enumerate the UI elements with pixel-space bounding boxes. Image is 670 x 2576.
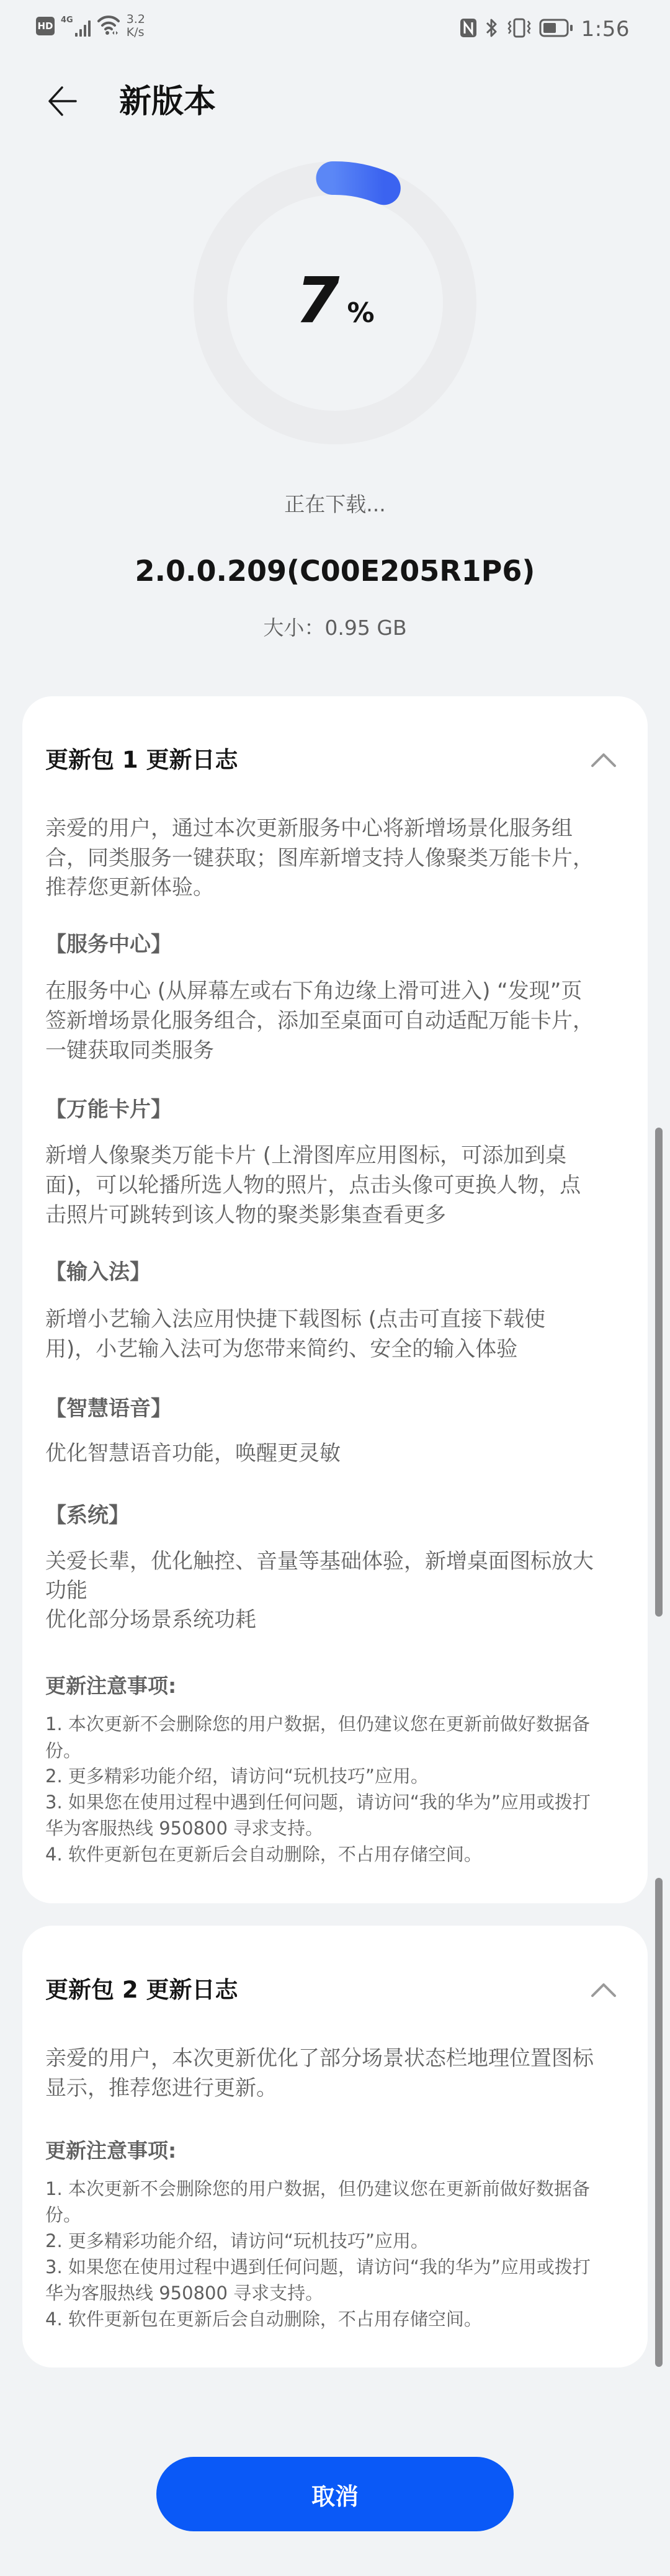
section-heading: 【输入法】 [45, 1258, 151, 1286]
note-line: 1. 本次更新不会删除您的用户数据，但仍建议您在更新前做好数据备 [45, 1712, 590, 1736]
note-line: 1. 本次更新不会删除您的用户数据，但仍建议您在更新前做好数据备 [45, 2176, 590, 2201]
status-bar-left: HD 4G 3.2 K/s [36, 14, 145, 38]
note-line: 2. 更多精彩功能介绍，请访问“玩机技巧”应用。 [45, 2228, 429, 2253]
nfc-icon [460, 18, 477, 40]
download-status: 正在下载... [0, 488, 670, 518]
signal-4g-icon: 4G [61, 16, 91, 37]
section-line: 优化智慧语音功能，唤醒更灵敏 [45, 1439, 341, 1468]
intro-line: 合，同类服务一键获取；图库新增支持人像聚类万能卡片， [45, 844, 594, 873]
cancel-button[interactable]: 取消 [156, 2457, 514, 2531]
intro-line: 亲爱的用户，通过本次更新服务中心将新增场景化服务组 [45, 814, 573, 843]
back-button[interactable] [43, 84, 81, 121]
status-bar-right: 1:56 [460, 14, 630, 45]
vibrate-icon [507, 17, 532, 41]
hd-icon: HD [36, 17, 55, 35]
note-line: 份。 [45, 1738, 81, 1763]
section-line: 用)，小艺输入法可为您带来简约、安全的输入体验 [45, 1335, 517, 1363]
section-line: 击照片可跳转到该人物的聚类影集查看更多 [45, 1201, 446, 1229]
section-line: 关爱长辈，优化触控、音量等基础体验，新增桌面图标放大 [45, 1547, 594, 1576]
note-line: 3. 如果您在使用过程中遇到任何问题，请访问“我的华为”应用或拨打 [45, 2255, 591, 2279]
collapse-toggle[interactable] [589, 751, 618, 770]
section-heading: 【智慧语音】 [45, 1394, 172, 1423]
intro-line: 推荐您更新体验。 [45, 873, 214, 902]
section-line: 新增人像聚类万能卡片 (上滑图库应用图标，可添加到桌 [45, 1141, 566, 1170]
wifi-icon [97, 14, 120, 38]
note-line: 2. 更多精彩功能介绍，请访问“玩机技巧”应用。 [45, 1764, 429, 1788]
section-line: 签新增场景化服务组合，添加至桌面可自动适配万能卡片， [45, 1007, 594, 1035]
scrollbar-card-1[interactable] [655, 1128, 663, 1617]
section-line: 一键获取同类服务 [45, 1036, 214, 1065]
section-line: 优化部分场景系统功耗 [45, 1605, 256, 1634]
section-heading: 【系统】 [45, 1501, 130, 1530]
progress-percent: 7% [0, 264, 670, 338]
section-line: 面)，可以轮播所选人物的照片，点击头像可更换人物，点 [45, 1171, 581, 1200]
network-type-label: 4G [61, 16, 73, 25]
chevron-up-icon [589, 760, 618, 772]
note-line: 华为客服热线 950800 寻求支持。 [45, 1816, 323, 1841]
scrollbar-card-2[interactable] [655, 1878, 663, 2367]
section-line: 新增小艺输入法应用快捷下载图标 (点击可直接下载使 [45, 1305, 545, 1334]
changelog-title: 更新包 1 更新日志 [45, 745, 238, 776]
arrow-left-icon [47, 86, 77, 119]
page-title: 新版本 [119, 79, 216, 124]
section-heading: 【服务中心】 [45, 930, 172, 959]
notes-heading: 更新注意事项: [45, 1672, 176, 1700]
note-line: 份。 [45, 2202, 81, 2227]
network-speed: 3.2 K/s [127, 13, 145, 39]
chevron-up-icon [589, 1990, 618, 2002]
section-line: 功能 [45, 1576, 87, 1605]
version-number: 2.0.0.209(C00E205R1P6) [0, 554, 670, 588]
battery-icon [539, 18, 574, 40]
collapse-toggle[interactable] [589, 1981, 618, 1999]
changelog-title: 更新包 2 更新日志 [45, 1975, 238, 2006]
section-heading: 【万能卡片】 [45, 1095, 172, 1124]
package-size: 大小：0.95 GB [0, 612, 670, 641]
intro-line: 亲爱的用户，本次更新优化了部分场景状态栏地理位置图标 [45, 2044, 594, 2073]
note-line: 华为客服热线 950800 寻求支持。 [45, 2281, 323, 2305]
intro-line: 显示，推荐您进行更新。 [45, 2074, 277, 2103]
bluetooth-icon [485, 17, 499, 41]
section-line: 在服务中心 (从屏幕左或右下角边缘上滑可进入) “发现”页 [45, 977, 582, 1005]
note-line: 3. 如果您在使用过程中遇到任何问题，请访问“我的华为”应用或拨打 [45, 1790, 591, 1815]
note-line: 4. 软件更新包在更新后会自动删除，不占用存储空间。 [45, 2307, 482, 2331]
notes-heading: 更新注意事项: [45, 2137, 176, 2165]
clock: 1:56 [581, 17, 630, 42]
note-line: 4. 软件更新包在更新后会自动删除，不占用存储空间。 [45, 1842, 482, 1867]
